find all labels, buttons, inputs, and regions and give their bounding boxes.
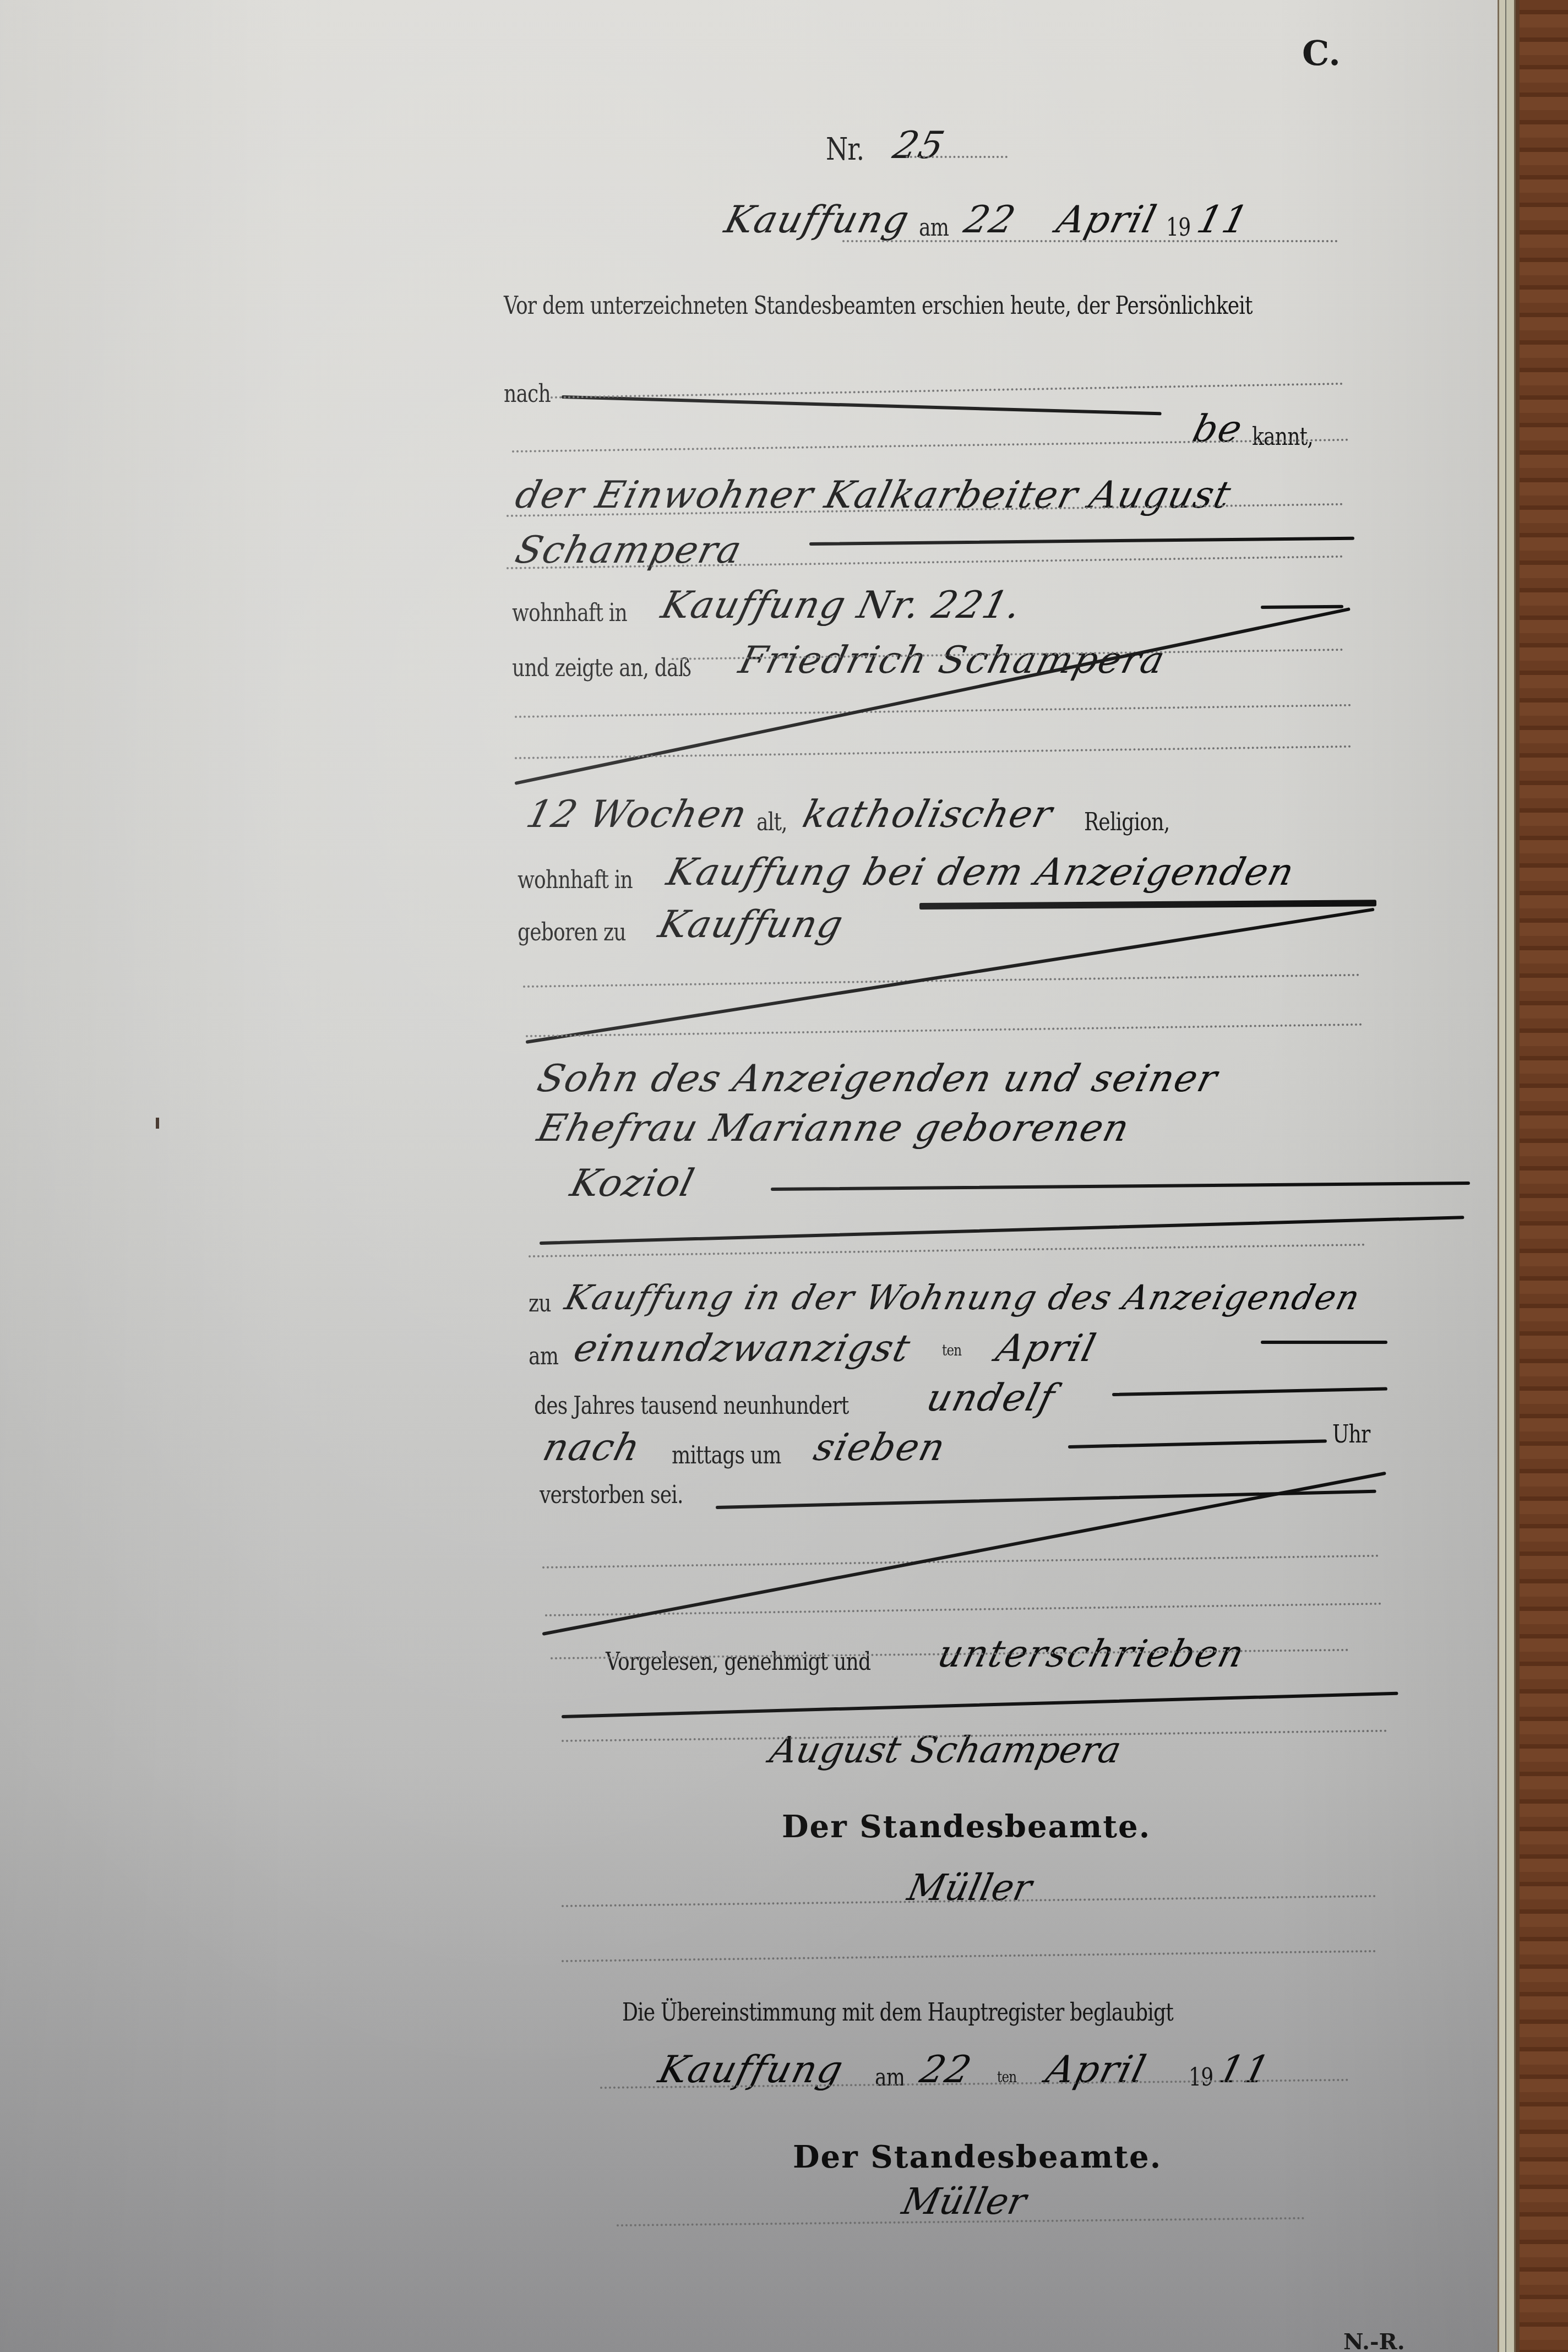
parents-line-2: Ehefrau Marianne geborenen (529, 1107, 1139, 1150)
day-handwritten: 22 (960, 198, 1020, 242)
reported-label: und zeigte an, daß (512, 654, 691, 682)
read-label: Vorgelesen, genehmigt und (606, 1648, 870, 1676)
known-handwritten: be (1188, 407, 1247, 451)
informant-residence: wohnhaft in Kauffung Nr. 221. (512, 584, 1031, 627)
birthplace-label: geboren zu (518, 918, 626, 946)
death-time-line: nach mittags um sieben (534, 1426, 955, 1469)
closing-label: verstorben sei. (540, 1481, 683, 1509)
page-edge (1498, 0, 1520, 2352)
strike-line (1068, 1439, 1327, 1449)
date-connector: am (919, 214, 949, 242)
dotted-rule (529, 1244, 1365, 1257)
strike-line (1112, 1387, 1387, 1396)
dotted-rule (526, 1023, 1363, 1037)
informant-residence-label: wohnhaft in (512, 599, 627, 627)
strike-line (919, 900, 1376, 910)
dotted-rule (551, 383, 1343, 399)
religion-label: Religion, (1084, 808, 1169, 836)
death-place-line: zu Kauffung in der Wohnung des Anzeigend… (529, 1277, 1369, 1317)
intro-line-1: Vor dem unterzeichneten Standesbeamten e… (504, 292, 1417, 320)
death-place-label: zu (529, 1289, 551, 1317)
strike-line (1261, 605, 1343, 609)
death-day-handwritten: einundzwanzigst (569, 1327, 915, 1370)
parents-line-2-handwritten: Ehefrau Marianne geborenen (533, 1107, 1134, 1150)
form-letter: C. (1302, 33, 1341, 73)
death-year-line: des Jahres tausend neunhundert undelf (534, 1376, 1064, 1420)
deceased-residence-label: wohnhaft in (518, 866, 633, 894)
number-label: Nr. (826, 132, 864, 167)
strike-line (514, 607, 1350, 785)
strike-line (771, 1182, 1470, 1191)
footer-mark: N.-R. (1343, 2329, 1405, 2352)
dotted-rule (515, 704, 1352, 718)
birthplace-handwritten: Kauffung (654, 903, 848, 946)
dotted-rule (542, 1555, 1379, 1569)
death-closing-line: verstorben sei. (540, 1481, 715, 1509)
intro-text: Vor dem unterzeichneten Standesbeamten e… (504, 292, 1253, 320)
strike-line (562, 1692, 1398, 1718)
informant-residence-handwritten: Kauffung Nr. 221. (657, 584, 1026, 627)
known-suffix: kannt, (1252, 423, 1313, 451)
death-date-line: am einundzwanzigst ten April (529, 1327, 1106, 1370)
number-value: 25 (889, 124, 950, 167)
strike-line (1261, 1341, 1387, 1344)
dotted-rule (842, 240, 1338, 242)
certification-text-line: Die Übereinstimmung mit dem Hauptregiste… (622, 1999, 1294, 2027)
year-printed: 19 (1166, 214, 1190, 242)
intro-prefix: nach (504, 380, 551, 408)
time-label: mittags um (672, 1441, 781, 1469)
entry-number: Nr. 25 (826, 124, 954, 167)
death-year-handwritten: undelf (922, 1376, 1060, 1420)
deceased-residence-handwritten: Kauffung bei dem Anzeigenden (662, 851, 1299, 894)
intro-line-2: nach (504, 380, 561, 408)
registrar-title: Der Standesbeamte. (782, 1809, 1151, 1845)
deceased-birthplace: geboren zu Kauffung (518, 903, 852, 946)
cert-year-handwritten: 11 (1214, 2048, 1275, 2092)
strike-line (562, 395, 1162, 415)
hour-unit-label: Uhr (1332, 1420, 1370, 1449)
deceased-residence: wohnhaft in Kauffung bei dem Anzeigenden (518, 851, 1304, 894)
cert-date-connector: am (875, 2064, 905, 2092)
month-handwritten: April (1052, 198, 1161, 242)
age-label: alt, (756, 808, 787, 836)
cert-year-printed: 19 (1189, 2064, 1213, 2092)
hour-handwritten: sieben (810, 1426, 951, 1469)
deceased-age-religion: 12 Wochen alt, katholischer Religion, (518, 793, 1188, 836)
cert-month-handwritten: April (1042, 2048, 1151, 2092)
paper-mark (156, 1118, 159, 1129)
cert-registrar-signature: Müller (899, 2180, 1030, 2223)
death-place-handwritten: Kauffung in der Wohnung des Anzeigenden (560, 1277, 1364, 1317)
age-handwritten: 12 Wochen (522, 793, 752, 836)
place-handwritten: Kauffung (720, 198, 914, 242)
parents-line-3: Koziol (562, 1162, 704, 1205)
dotted-rule (562, 1950, 1376, 1962)
strike-line (809, 537, 1354, 546)
register-page: C. Nr. 25 Kauffung am 22 April 19 11 Vor… (0, 0, 1498, 2352)
religion-handwritten: katholischer (798, 793, 1058, 836)
informant-reported: und zeigte an, daß Friedrich Schampera (512, 639, 1175, 682)
intro-known: be kannt, (1184, 407, 1326, 451)
parents-line-1: Sohn des Anzeigenden und seiner (529, 1057, 1227, 1101)
mother-maiden-name-handwritten: Koziol (566, 1162, 699, 1205)
dotted-rule (515, 745, 1352, 759)
parents-line-1-handwritten: Sohn des Anzeigenden und seiner (533, 1057, 1222, 1101)
death-year-label: des Jahres tausend neunhundert (534, 1392, 849, 1420)
place-date-line: Kauffung am 22 April 19 11 (716, 198, 1257, 242)
hour-unit: Uhr (1332, 1420, 1378, 1449)
strike-line (540, 1216, 1464, 1245)
wooden-surface (1520, 0, 1568, 2352)
certification-text: Die Übereinstimmung mit dem Hauptregiste… (622, 1999, 1173, 2027)
dotted-rule (906, 156, 1008, 158)
time-prefix-handwritten: nach (538, 1426, 645, 1469)
death-day-suffix: ten (942, 1341, 961, 1359)
death-month-handwritten: April (992, 1327, 1101, 1370)
cert-registrar-title: Der Standesbeamte. (793, 2139, 1162, 2175)
year-handwritten: 11 (1193, 198, 1253, 242)
death-date-label: am (529, 1342, 558, 1370)
